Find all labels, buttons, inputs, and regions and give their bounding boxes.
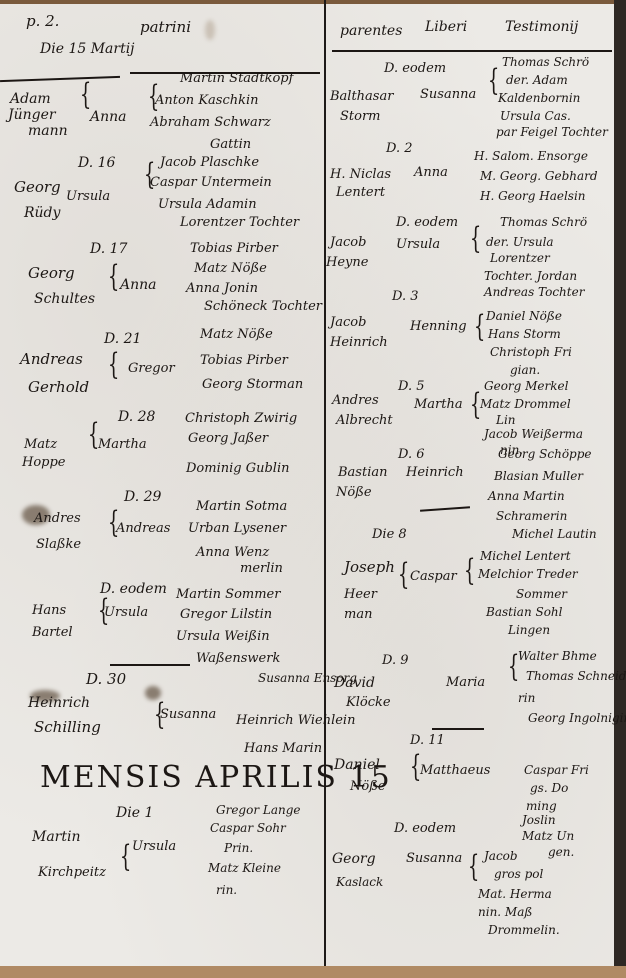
godparent-name: Heinrich Wiehlein [236, 714, 355, 728]
godparent-name: Tochter. Jordan [484, 270, 577, 283]
godparent-name: gian. [510, 364, 540, 377]
page-bottom-edge [0, 966, 626, 978]
entry-date: D. 30 [86, 672, 126, 688]
godparent-name: Schöneck Tochter [204, 300, 322, 314]
entry-date: Die 8 [372, 528, 407, 542]
entry-date: D. 2 [386, 142, 413, 156]
entry-date: D. 5 [398, 380, 425, 394]
parent-name: Andreas [20, 352, 83, 368]
godparent-name: Lorentzer [490, 252, 550, 265]
godparent-name: Gregor Lange [216, 804, 301, 817]
parent-name: Schultes [34, 292, 95, 307]
parent-name: Georg [28, 266, 75, 282]
godparent-name: gen. [548, 846, 574, 859]
godparent-name: Tobias Pirber [200, 354, 288, 368]
brace: { [464, 556, 475, 586]
header-rule [332, 50, 612, 52]
godparent-name: Tobias Pirber [190, 242, 278, 256]
godparent-name: Michel Lentert [480, 550, 571, 563]
godparent-name: Ursula Adamin [158, 198, 257, 212]
parent-name: Rüdy [24, 206, 60, 221]
parent-name: Heinrich [330, 336, 388, 350]
godparent-name: Jacob Plaschke [160, 156, 259, 170]
parent-name: David [334, 676, 375, 691]
child-name: Anna [90, 110, 127, 125]
parent-name: Hans [32, 604, 66, 618]
parent-name: Jacob [330, 316, 366, 330]
entry-date: D. 3 [392, 290, 419, 304]
parent-name: Jünger [8, 108, 56, 123]
godparent-name: ming [526, 800, 557, 813]
child-name: Ursula [104, 606, 148, 620]
entry-date: Die 1 [116, 806, 153, 821]
godparent-name: Georg Ingolnigin [528, 712, 626, 725]
parent-name: Heinrich [28, 696, 90, 711]
parent-name: H. Niclas [330, 168, 391, 182]
brace: { [468, 852, 479, 882]
parent-name: Nöße [350, 780, 386, 794]
godparent-name: H. Georg Haelsin [480, 190, 586, 203]
parent-name: Balthasar [330, 90, 393, 104]
godparent-name: Hans Marin [244, 742, 322, 756]
godparent-name: Caspar Untermein [150, 176, 272, 190]
godparent-name: Gattin [210, 138, 251, 152]
child-name: Andreas [116, 522, 170, 536]
godparent-name: Matz Kleine [208, 862, 281, 875]
godparent-name: gs. Do [530, 782, 568, 795]
entry-date: D. 28 [118, 410, 155, 425]
brace: { [108, 262, 119, 292]
godparent-name: Bastian Sohl [486, 606, 563, 619]
parent-name: Andres [34, 512, 81, 526]
godparent-name: Thomas Schrö [502, 56, 589, 69]
godparent-name: Abraham Schwarz [150, 116, 271, 130]
entry-date: D. 29 [124, 490, 161, 505]
godparent-name: H. Salom. Ensorge [474, 150, 588, 163]
godparent-name: Anna Martin [488, 490, 565, 503]
brace: { [120, 842, 131, 872]
entry-date: D. 17 [90, 242, 127, 257]
godparent-name: par Feigel Tochter [496, 126, 608, 139]
brace: { [470, 224, 481, 254]
godparent-name: Matz Drommel [480, 398, 571, 411]
parent-name: Georg [14, 180, 61, 196]
child-name: Ursula [66, 190, 110, 204]
parent-name: Heyne [326, 256, 368, 270]
godparent-name: Matz Nöße [194, 262, 267, 276]
child-name: Anna [120, 278, 157, 293]
godparent-name: rin [518, 692, 535, 705]
child-name: Susanna [160, 708, 216, 722]
godparent-name: M. Georg. Gebhard [480, 170, 598, 183]
parent-name: Storm [340, 110, 381, 124]
godparent-name: Drommelin. [488, 924, 560, 937]
godparent-name: der. Adam [506, 74, 568, 87]
godparent-name: Martin Sommer [176, 588, 280, 602]
godparent-name: der. Ursula [486, 236, 554, 249]
entry-date: D. 11 [410, 734, 445, 748]
godparent-name: Jacob Weißerma [484, 428, 583, 441]
godparent-name: Sommer [516, 588, 567, 601]
godparent-name: Anton Kaschkin [155, 94, 259, 108]
godparent-name: Walter Bhme [518, 650, 597, 663]
folio-number: p. 2. [26, 14, 59, 30]
entry-date: D. eodem [396, 216, 458, 230]
child-name: Maria [446, 676, 485, 690]
godparent-name: Mat. Herma [478, 888, 552, 901]
entry-date: D. 21 [104, 332, 141, 347]
parent-name: Bastian [338, 466, 387, 480]
parent-name: Adam [10, 92, 51, 107]
godparent-name: Georg Schöppe [498, 448, 592, 461]
godparent-name: Anna Wenz [196, 546, 269, 560]
child-name: Susanna [406, 852, 462, 866]
header-liberi: Liberi [425, 20, 467, 35]
brace: { [398, 560, 409, 590]
godparent-name: Michel Lautin [512, 528, 597, 541]
parent-name: Andres [332, 394, 379, 408]
water-stain [205, 20, 215, 40]
child-name: Gregor [128, 362, 175, 376]
parent-name: Heer [344, 588, 377, 602]
parent-name: Schilling [34, 720, 101, 736]
parent-name: Gerhold [28, 380, 89, 396]
godparent-name: Andreas Tochter [484, 286, 584, 299]
godparent-name: Gregor Lilstin [180, 608, 272, 622]
godparent-name: Blasian Muller [494, 470, 583, 483]
godparent-name: Hans Storm [488, 328, 561, 341]
godparent-name: Christoph Zwirig [185, 412, 297, 426]
parent-name: Lentert [336, 186, 385, 200]
parent-name: Daniel [334, 758, 380, 773]
brace: { [474, 312, 485, 342]
godparent-name: Georg Merkel [484, 380, 568, 393]
child-name: Matthaeus [420, 764, 490, 778]
godparent-name: Thomas Schrö [500, 216, 587, 229]
parent-name: Klöcke [346, 696, 391, 710]
godparent-name: Christoph Fri [490, 346, 572, 359]
child-name: Anna [414, 166, 448, 180]
header-testimonij: Testimonij [505, 20, 578, 35]
parent-name: Slaßke [36, 538, 81, 552]
godparent-name: Martin Sotma [196, 500, 287, 514]
godparent-name: Lingen [508, 624, 550, 637]
godparent-name: Ursula Weißin [176, 630, 270, 644]
parent-name: Kaslack [336, 876, 383, 889]
child-name: Ursula [396, 238, 440, 252]
godparent-name: Schramerin [496, 510, 567, 523]
godparent-name: nin. Maß [478, 906, 532, 919]
entry-date: D. 16 [78, 156, 115, 171]
entry-rule [432, 728, 484, 730]
godparent-name: Dominig Gublin [186, 462, 290, 476]
godparent-name: Prin. [224, 842, 253, 855]
parent-name: Matz [24, 438, 57, 452]
entry-date: D. 9 [382, 654, 409, 668]
child-name: Martha [98, 438, 147, 452]
header-word-patrini: patrini [140, 20, 191, 36]
godparent-name: gros pol [494, 868, 543, 881]
godparent-name: Martin Stadtkopf [180, 72, 293, 86]
godparent-name: Waßenswerk [196, 652, 280, 666]
parent-name: Martin [32, 830, 81, 845]
entry-date: D. 6 [398, 448, 425, 462]
entry-date: D. eodem [394, 822, 456, 836]
parent-name: Jacob [330, 236, 366, 250]
parent-name: mann [28, 124, 68, 139]
entry-date: D. eodem [100, 582, 167, 597]
godparent-name: Jacob [484, 850, 518, 863]
column-divider-line [324, 0, 326, 966]
godparent-name: merlin [240, 562, 283, 576]
header-parentes: parentes [340, 24, 402, 39]
child-name: Martha [414, 398, 463, 412]
godparent-name: Caspar Fri [524, 764, 589, 777]
parent-name: Joseph [344, 560, 395, 576]
godparent-name: Daniel Nöße [486, 310, 562, 323]
parent-name: Kirchpeitz [38, 866, 106, 880]
godparent-name: Caspar Sohr [210, 822, 286, 835]
child-name: Henning [410, 320, 467, 334]
parent-name: Nöße [336, 486, 372, 500]
parent-name: man [344, 608, 372, 622]
godparent-name: Georg Storman [202, 378, 303, 392]
parent-name: Albrecht [336, 414, 393, 428]
godparent-name: Urban Lysener [188, 522, 286, 536]
entry-rule [110, 664, 190, 666]
child-name: Ursula [132, 840, 176, 854]
godparent-name: Ursula Cas. [500, 110, 571, 123]
godparent-name: rin. [216, 884, 237, 897]
child-name: Susanna [420, 88, 476, 102]
godparent-name: Lorentzer Tochter [180, 216, 299, 230]
godparent-name: Kaldenbornin [498, 92, 580, 105]
parent-name: Bartel [32, 626, 73, 640]
page-top-edge [0, 0, 626, 4]
godparent-name: Anna Jonin [186, 282, 258, 296]
book-binding-edge [614, 0, 626, 978]
brace: { [108, 350, 119, 380]
parent-name: Hoppe [22, 456, 66, 470]
godparent-name: Georg Jaßer [188, 432, 268, 446]
parent-name: Georg [332, 852, 376, 867]
godparent-name: Lin [496, 414, 516, 427]
godparent-name: Joslin [522, 814, 556, 827]
godparent-name: Matz Nöße [200, 328, 273, 342]
godparent-name: Melchior Treder [478, 568, 578, 581]
entry-date: D. eodem [384, 62, 446, 76]
child-name: Caspar [410, 570, 457, 584]
godparent-name: Thomas Schneide [526, 670, 626, 683]
header-date: Die 15 Martij [40, 42, 135, 57]
child-name: Heinrich [406, 466, 464, 480]
godparent-name: Matz Un [522, 830, 574, 843]
